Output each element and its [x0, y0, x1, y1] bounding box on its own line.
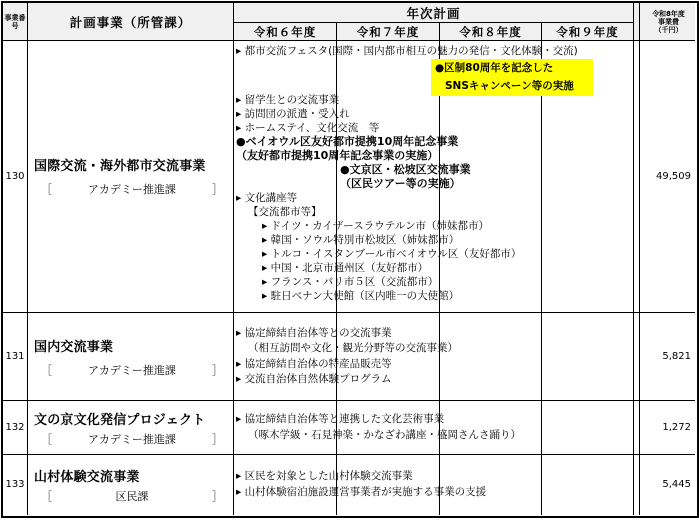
plan-line: ▸ フランス・パリ市５区（交流都市）	[236, 275, 633, 289]
row130-plan-cell: ●区制80周年を記念した SNSキャンペーン等の実施 ▸ 都市交流フェスタ(国際…	[233, 40, 633, 312]
plan-line: ▸ 韓国・ソウル特別市松坡区（姉妹都市）	[236, 233, 633, 247]
row133-project-cell: 山村体験交流事業 ［ 区民課 ］	[28, 455, 233, 514]
highlight-line2: SNSキャンペーン等の実施	[435, 78, 593, 96]
plan-line: ▸ ホームステイ、文化交流 等	[236, 121, 633, 135]
row131-dept: ［ アカデミー推進課 ］	[41, 362, 223, 378]
header-project: 計画事業（所管課）	[28, 3, 233, 40]
plan-line-bold: ●ベイオウル区友好都市提携10周年記念事業	[236, 135, 633, 149]
header-budget-line3: （千円）	[655, 26, 683, 34]
plan-line: 【交流都市等】	[236, 205, 633, 219]
bracket-close: ］	[212, 362, 223, 378]
plan-line: ▸ ドイツ・カイザースラウテルン市（姉妹都市）	[236, 219, 633, 233]
row133-plan-cell: ▸ 区民を対象とした山村体験交流事業 ▸ 山村体験宿泊施設運営事業者が実施する事…	[233, 455, 633, 514]
header-year-r6: 令和６年度	[234, 23, 336, 40]
row133-dept: ［ 区民課 ］	[41, 488, 223, 504]
row130-dept: ［ アカデミー推進課 ］	[41, 181, 223, 197]
bracket-open: ［	[41, 431, 52, 447]
header-year-r9: 令和９年度	[542, 23, 633, 40]
plan-line: ▸ 訪問団の派遣・受入れ	[236, 107, 633, 121]
plan-line-bold: ●文京区・松坡区交流事業	[236, 163, 633, 177]
plan-line: ▸ 区民を対象とした山村体験交流事業	[236, 469, 633, 485]
bracket-open: ［	[41, 362, 52, 378]
header-budget-line2: 事業費	[658, 18, 679, 26]
row133-title: 山村体験交流事業	[28, 466, 233, 485]
bracket-close: ］	[212, 431, 223, 447]
row131-number: 131	[3, 313, 27, 400]
header-year-r8: 令和８年度	[440, 23, 541, 40]
bracket-open: ［	[41, 488, 52, 504]
row130-title: 国際交流・海外都市交流事業	[28, 155, 233, 174]
bracket-close: ］	[212, 181, 223, 197]
plan-line: ▸ 山村体験宿泊施設運営事業者が実施する事業の支援	[236, 485, 633, 501]
highlight-note: ●区制80周年を記念した SNSキャンペーン等の実施	[431, 59, 593, 96]
row130-project-cell: 国際交流・海外都市交流事業 ［ アカデミー推進課 ］	[28, 40, 233, 312]
header-budget-line1: 令和8年度	[652, 10, 685, 18]
highlight-line1: ●区制80周年を記念した	[435, 60, 593, 78]
plan-line: ▸ 協定締結自治体の特産品販売等	[236, 357, 633, 373]
plan-line: （啄木学級・石見神楽・かなざわ講座・盛岡さんさ踊り）	[236, 428, 633, 444]
row132-title: 文の京文化発信プロジェクト	[28, 409, 233, 428]
row133-dept-name: 区民課	[116, 488, 149, 504]
plan-line: （相互訪問や文化・観光分野等の交流事業）	[236, 341, 633, 357]
row132-budget: 1,272	[640, 401, 697, 454]
plan-line: ▸ 中国・北京市通州区（友好都市）	[236, 261, 633, 275]
header-annual-plan: 年次計画	[234, 3, 633, 22]
plan-line: ▸ トルコ・イスタンブール市ベイオウル区（友好都市）	[236, 247, 633, 261]
header-year-r7: 令和７年度	[337, 23, 439, 40]
row133-number: 133	[3, 455, 27, 514]
plan-table-page: 事業番 号 計画事業（所管課） 年次計画 令和６年度 令和７年度 令和８年度 令…	[0, 0, 699, 522]
row132-plan-cell: ▸ 協定締結自治体等と連携した文化芸術事業 （啄木学級・石見神楽・かなざわ講座・…	[233, 401, 633, 454]
grid-vline-budget-outer	[633, 3, 634, 515]
row130-number: 130	[3, 40, 27, 312]
row131-dept-name: アカデミー推進課	[88, 362, 176, 378]
row133-budget: 5,445	[640, 455, 697, 514]
plan-line: ▸ 駐日ベナン大使館（区内唯一の大使館）	[236, 289, 633, 303]
row130-dept-name: アカデミー推進課	[88, 181, 176, 197]
bracket-close: ］	[212, 488, 223, 504]
row131-project-cell: 国内交流事業 ［ アカデミー推進課 ］	[28, 313, 233, 400]
bracket-open: ［	[41, 181, 52, 197]
plan-line-bold: （区民ツアー等の実施）	[236, 177, 633, 191]
plan-line: ▸ 都市交流フェスタ(国際・国内都市相互の魅力の発信・文化体験・交流)	[236, 44, 633, 58]
header-no-line2: 号	[12, 22, 19, 30]
plan-line: ▸ 協定締結自治体等との交流事業	[236, 326, 633, 342]
header-no: 事業番 号	[3, 3, 27, 40]
row131-budget: 5,821	[640, 313, 697, 400]
row132-project-cell: 文の京文化発信プロジェクト ［ アカデミー推進課 ］	[28, 401, 233, 454]
row132-dept-name: アカデミー推進課	[88, 431, 176, 447]
row131-title: 国内交流事業	[28, 336, 233, 355]
row131-plan-cell: ▸ 協定締結自治体等との交流事業 （相互訪問や文化・観光分野等の交流事業） ▸ …	[233, 313, 633, 400]
row132-dept: ［ アカデミー推進課 ］	[41, 431, 223, 447]
plan-line: ▸ 交流自治体自然体験プログラム	[236, 372, 633, 388]
plan-line: ▸ 文化講座等	[236, 191, 633, 205]
row132-number: 132	[3, 401, 27, 454]
row130-budget: 49,509	[640, 40, 697, 312]
header-no-line1: 事業番	[5, 14, 26, 22]
header-budget: 令和8年度 事業費 （千円）	[640, 3, 697, 40]
plan-line-bold: （友好都市提携10周年記念事業の実施）	[236, 149, 633, 163]
plan-line: ▸ 協定締結自治体等と連携した文化芸術事業	[236, 412, 633, 428]
